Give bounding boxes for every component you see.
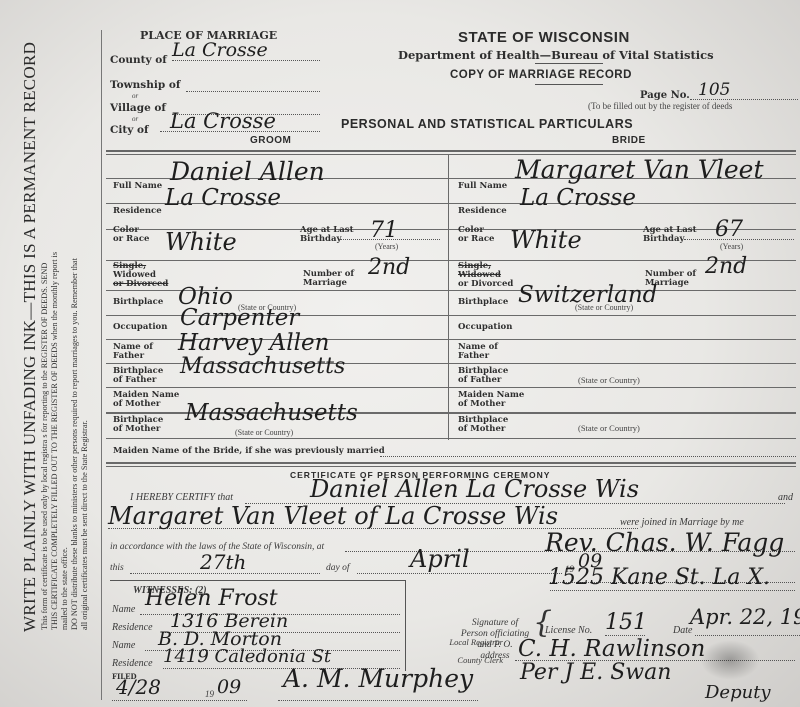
department-title: Department of Health—Bureau of Vital Sta… <box>398 48 714 62</box>
side-instruction-1: This form of certificate is to be used o… <box>40 263 49 630</box>
maiden-name-field <box>380 456 796 457</box>
side-instruction-5: all original certificates must be sent d… <box>80 420 89 630</box>
witness-2-name-label: Name <box>112 640 135 651</box>
side-instruction-4: DO NOT distribute these blanks to minist… <box>70 258 79 630</box>
registrar-label: Local Registrar County Clerk <box>443 633 503 669</box>
date-value: Apr. 22, 1909 <box>690 605 800 629</box>
page-no-note: (To be filled out by the register of dee… <box>588 101 732 111</box>
day-of-label: day of <box>326 563 349 573</box>
groom-years-note: (Years) <box>375 242 398 251</box>
joined-label: were joined in Marriage by me <box>620 517 744 528</box>
month-value: April <box>410 545 470 573</box>
bride-mother-birthplace-label: Birthplaceof Mother <box>458 416 508 434</box>
ink-smudge <box>700 640 760 680</box>
groom-mother-birthplace: Massachusetts <box>185 400 358 426</box>
party-1: Daniel Allen La Crosse Wis <box>310 475 639 503</box>
party-2: Margaret Van Vleet of La Crosse Wis <box>108 502 558 530</box>
township-field <box>186 81 320 92</box>
maiden-name-label: Maiden Name of the Bride, if she was pre… <box>113 446 385 456</box>
officiant-address-line <box>550 590 795 591</box>
bride-mother-maiden-label: Maiden Nameof Mother <box>458 391 524 409</box>
bride-heading: BRIDE <box>612 135 646 146</box>
registrar-line <box>278 700 478 701</box>
row-sep <box>106 387 796 388</box>
witness-1-residence-label: Residence <box>112 622 153 633</box>
side-instruction-3: mailed to the state office. <box>60 547 69 630</box>
bride-years-note: (Years) <box>720 242 743 251</box>
or-2: or <box>132 115 138 123</box>
bride-father-birthplace-note: (State or Country) <box>578 375 640 385</box>
table-bottom-rule <box>106 438 796 439</box>
bride-full-name: Margaret Van Vleet <box>515 155 764 184</box>
header-rule-1 <box>535 63 603 64</box>
filed-year: 09 <box>217 676 241 698</box>
page-no-field: 105 <box>690 80 798 100</box>
bride-age: 67 <box>715 217 743 242</box>
groom-father-name: Harvey Allen <box>178 330 329 356</box>
page-no-label: Page No. <box>640 90 690 101</box>
groom-father-birthplace-label: Birthplaceof Father <box>113 367 163 385</box>
bride-status-label: Single, Widowed or Divorced <box>458 262 513 289</box>
section-title: PERSONAL AND STATISTICAL PARTICULARS <box>341 117 633 131</box>
and-label: and <box>778 492 793 503</box>
witness-2-residence-label: Residence <box>112 658 153 669</box>
date-line <box>695 635 800 636</box>
groom-full-name-label: Full Name <box>113 182 162 191</box>
month-line <box>357 573 562 574</box>
village-label: Village of <box>110 102 166 114</box>
bride-residence-label: Residence <box>458 207 507 216</box>
bride-marriage-number: 2nd <box>705 254 747 279</box>
bride-residence: La Crosse <box>520 185 636 211</box>
witness-1-name-label: Name <box>112 604 135 615</box>
county-label: County of <box>110 54 167 66</box>
county-field: La Crosse <box>172 40 320 61</box>
groom-mother-maiden-label: Maiden Nameof Mother <box>113 391 179 409</box>
license-value: 151 <box>605 610 647 635</box>
groom-father-birthplace: Massachusetts <box>180 354 345 379</box>
form-left-border <box>101 30 102 700</box>
bride-occupation-label: Occupation <box>458 323 512 332</box>
this-label: this <box>110 563 124 573</box>
bride-father-label: Name ofFather <box>458 343 498 361</box>
groom-residence: La Crosse <box>165 185 281 211</box>
city-field: La Crosse <box>160 110 320 132</box>
groom-status-label: Single, Widowed or Divorced <box>113 262 168 289</box>
row-sep <box>106 260 796 261</box>
groom-mother-birthplace-note: (State or Country) <box>235 428 293 437</box>
certificate-top-rule-2 <box>106 466 796 467</box>
city-label: City of <box>110 124 148 136</box>
groom-age-label: Age at LastBirthday <box>300 226 354 244</box>
deputy-label: Deputy <box>705 682 771 703</box>
bride-mother-birthplace-note: (State or Country) <box>578 423 640 433</box>
bride-father-birthplace-label: Birthplaceof Father <box>458 367 508 385</box>
groom-marriage-number: 2nd <box>368 255 410 280</box>
state-title: STATE OF WISCONSIN <box>458 29 630 46</box>
groom-full-name: Daniel Allen <box>170 157 325 186</box>
groom-birthplace-label: Birthplace <box>113 298 163 307</box>
bride-age-label: Age at LastBirthday <box>643 226 697 244</box>
day-value: 27th <box>200 550 246 574</box>
groom-occupation: Carpenter <box>180 305 299 331</box>
groom-mother-birthplace-label: Birthplaceof Mother <box>113 416 163 434</box>
filed-date: 4/28 <box>116 675 161 699</box>
filed-line <box>112 700 247 701</box>
groom-heading: GROOM <box>250 135 291 146</box>
certificate-top-rule <box>106 462 796 464</box>
bride-birthplace-label: Birthplace <box>458 298 508 307</box>
filed-year-prefix: 19 <box>205 689 214 699</box>
groom-color-label: Coloror Race <box>113 226 149 244</box>
witness-1-name: Helen Frost <box>145 586 278 611</box>
table-top-rule <box>106 150 796 152</box>
deputy-signature: Per J E. Swan <box>520 660 671 685</box>
bride-birthplace-note: (State or Country) <box>575 303 633 312</box>
clerk-signature: C. H. Rawlinson <box>518 636 705 662</box>
groom-occupation-label: Occupation <box>113 323 167 332</box>
groom-color: White <box>165 228 237 256</box>
officiant-address: 1525 Kane St. La X. <box>548 565 770 590</box>
groom-marriage-number-label: Number ofMarriage <box>303 270 354 288</box>
side-heading: WRITE PLAINLY WITH UNFADING INK—THIS IS … <box>20 42 40 632</box>
groom-residence-label: Residence <box>113 207 162 216</box>
bride-color-label: Coloror Race <box>458 226 494 244</box>
side-instruction-2: THIS CERTIFICATE COMPLETELY FILLED OUT T… <box>50 252 59 630</box>
bride-color: White <box>510 226 582 254</box>
or-1: or <box>132 92 138 100</box>
table-center-divider <box>448 154 449 440</box>
township-label: Township of <box>110 79 180 91</box>
license-label: License No. <box>545 625 592 636</box>
record-title: COPY OF MARRIAGE RECORD <box>450 69 632 81</box>
header-rule-2 <box>535 84 603 85</box>
groom-age: 71 <box>370 218 398 243</box>
officiant-signature: Rev. Chas. W. Fagg <box>545 528 784 557</box>
groom-father-label: Name ofFather <box>113 343 153 361</box>
bride-full-name-label: Full Name <box>458 182 507 191</box>
